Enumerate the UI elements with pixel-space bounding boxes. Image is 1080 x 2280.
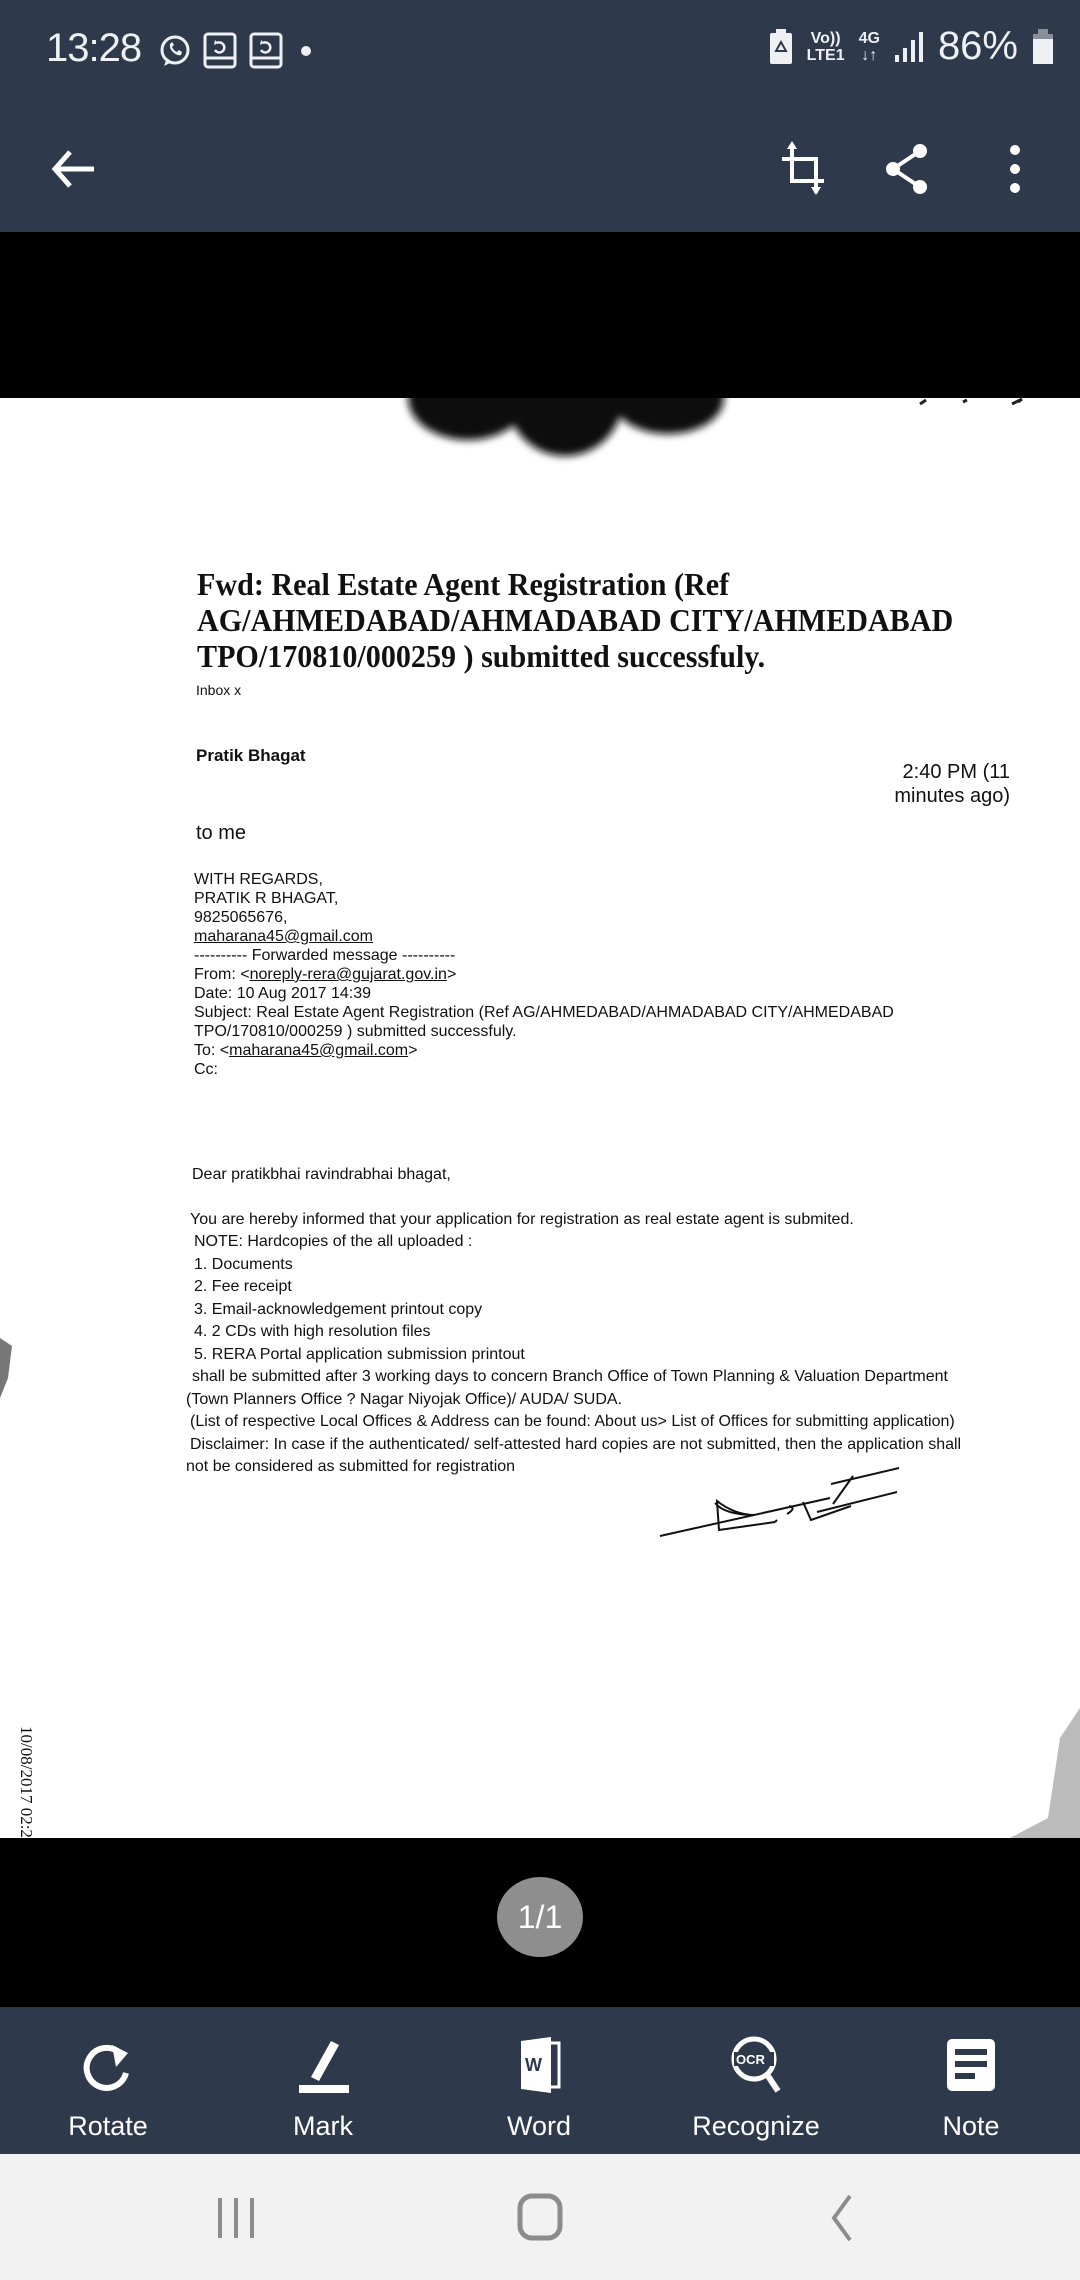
forward-subject-2: TPO/170810/000259 ) submitted successful… [194,1022,894,1041]
list-item: 1. Documents [194,1254,1006,1277]
page-indicator: 1/1 [497,1877,583,1957]
battery-percent: 86% [938,24,1018,69]
battery-saver-icon [769,29,793,65]
svg-text:W: W [525,2055,542,2075]
paragraph: (Town Planners Office ? Nagar Niyojak Of… [186,1389,1006,1412]
share-icon [882,142,932,196]
signature-email: maharana45@gmail.com [194,927,894,946]
page-edge-right [1010,1708,1080,1838]
recents-icon [206,2190,266,2246]
status-right: Vo)) LTE1 4G ↓↑ 86% [769,24,1054,69]
status-bar: 13:28 Vo)) LTE1 4G ↓↑ 86% [0,0,1080,104]
mark-button[interactable]: Mark [233,2007,413,2154]
scan-timestamp: 10/08/2017 02:29 [16,1726,36,1838]
note-text: NOTE: Hardcopies of the all uploaded : [194,1231,1006,1254]
email-subject: Fwd: Real Estate Agent Registration (Ref… [197,566,987,674]
forward-to: To: <maharana45@gmail.com> [194,1041,894,1060]
share-button[interactable] [872,134,942,204]
list-item: 2. Fee receipt [194,1276,1006,1299]
list-item: 5. RERA Portal application submission pr… [194,1344,1006,1367]
paragraph: shall be submitted after 3 working days … [192,1366,1006,1389]
status-time: 13:28 [46,26,141,71]
note-icon [939,2033,1003,2097]
intro-text: You are hereby informed that your applic… [190,1209,1006,1232]
volte-indicator: Vo)) LTE1 [807,30,845,64]
notification-icons [158,32,314,70]
forward-separator: ---------- Forwarded message ---------- [194,946,894,965]
word-button[interactable]: W Word [449,2007,629,2154]
email-time: 2:40 PM (11 minutes ago) [894,760,1010,808]
forward-date: Date: 10 Aug 2017 14:39 [194,984,894,1003]
dot-icon [294,41,314,61]
page-edge-left [0,1338,14,1458]
bottom-action-bar: Rotate Mark W Word OCR Recognize Note [0,2007,1080,2154]
document-page[interactable]: Fwd: Real Estate Agent Registration (Ref… [0,398,1080,1838]
word-icon: W [507,2033,571,2097]
data-indicator: 4G ↓↑ [859,30,880,64]
back-icon [812,2190,872,2246]
crop-icon [778,141,832,197]
recents-button[interactable] [206,2190,266,2246]
disclaimer: Disclaimer: In case if the authenticated… [190,1434,1006,1457]
home-button[interactable] [510,2190,570,2246]
crop-button[interactable] [770,134,840,204]
rotate-icon [76,2033,140,2097]
home-icon [510,2190,570,2246]
note-button[interactable]: Note [881,2007,1061,2154]
ocr-icon: OCR [724,2033,788,2097]
signature-block: WITH REGARDS, PRATIK R BHAGAT, 982506567… [194,870,894,1079]
forward-subject-1: Subject: Real Estate Agent Registration … [194,1003,894,1022]
forward-cc: Cc: [194,1060,894,1079]
inbox-label: Inbox x [196,682,241,698]
backup-drive-icon [248,32,284,70]
paragraph: (List of respective Local Offices & Addr… [190,1411,1006,1434]
svg-text:OCR: OCR [736,2052,766,2067]
rotate-button[interactable]: Rotate [18,2007,198,2154]
handwritten-signature [655,1458,915,1538]
arrow-left-icon [48,144,98,194]
battery-icon [1032,29,1054,65]
recipient-line: to me [196,822,246,845]
backup-drive-icon [202,32,238,70]
recognize-button[interactable]: OCR Recognize [666,2007,846,2154]
more-vert-icon [1005,144,1025,194]
system-nav-bar [0,2154,1080,2280]
list-item: 3. Email-acknowledgement printout copy [194,1299,1006,1322]
pen-icon [291,2033,355,2097]
signal-icon [894,31,924,63]
more-button[interactable] [980,134,1050,204]
email-body: Dear pratikbhai ravindrabhai bhagat, You… [186,1164,1006,1479]
list-item: 4. 2 CDs with high resolution files [194,1321,1006,1344]
whatsapp-icon [158,33,192,69]
top-toolbar [0,104,1080,232]
forward-from: From: <noreply-rera@gujarat.gov.in> [194,965,894,984]
back-button[interactable] [38,134,108,204]
sender-name: Pratik Bhagat [196,746,306,766]
greeting: Dear pratikbhai ravindrabhai bhagat, [192,1164,1006,1187]
page-shadow-blobs [0,398,1080,488]
back-nav-button[interactable] [812,2190,872,2246]
